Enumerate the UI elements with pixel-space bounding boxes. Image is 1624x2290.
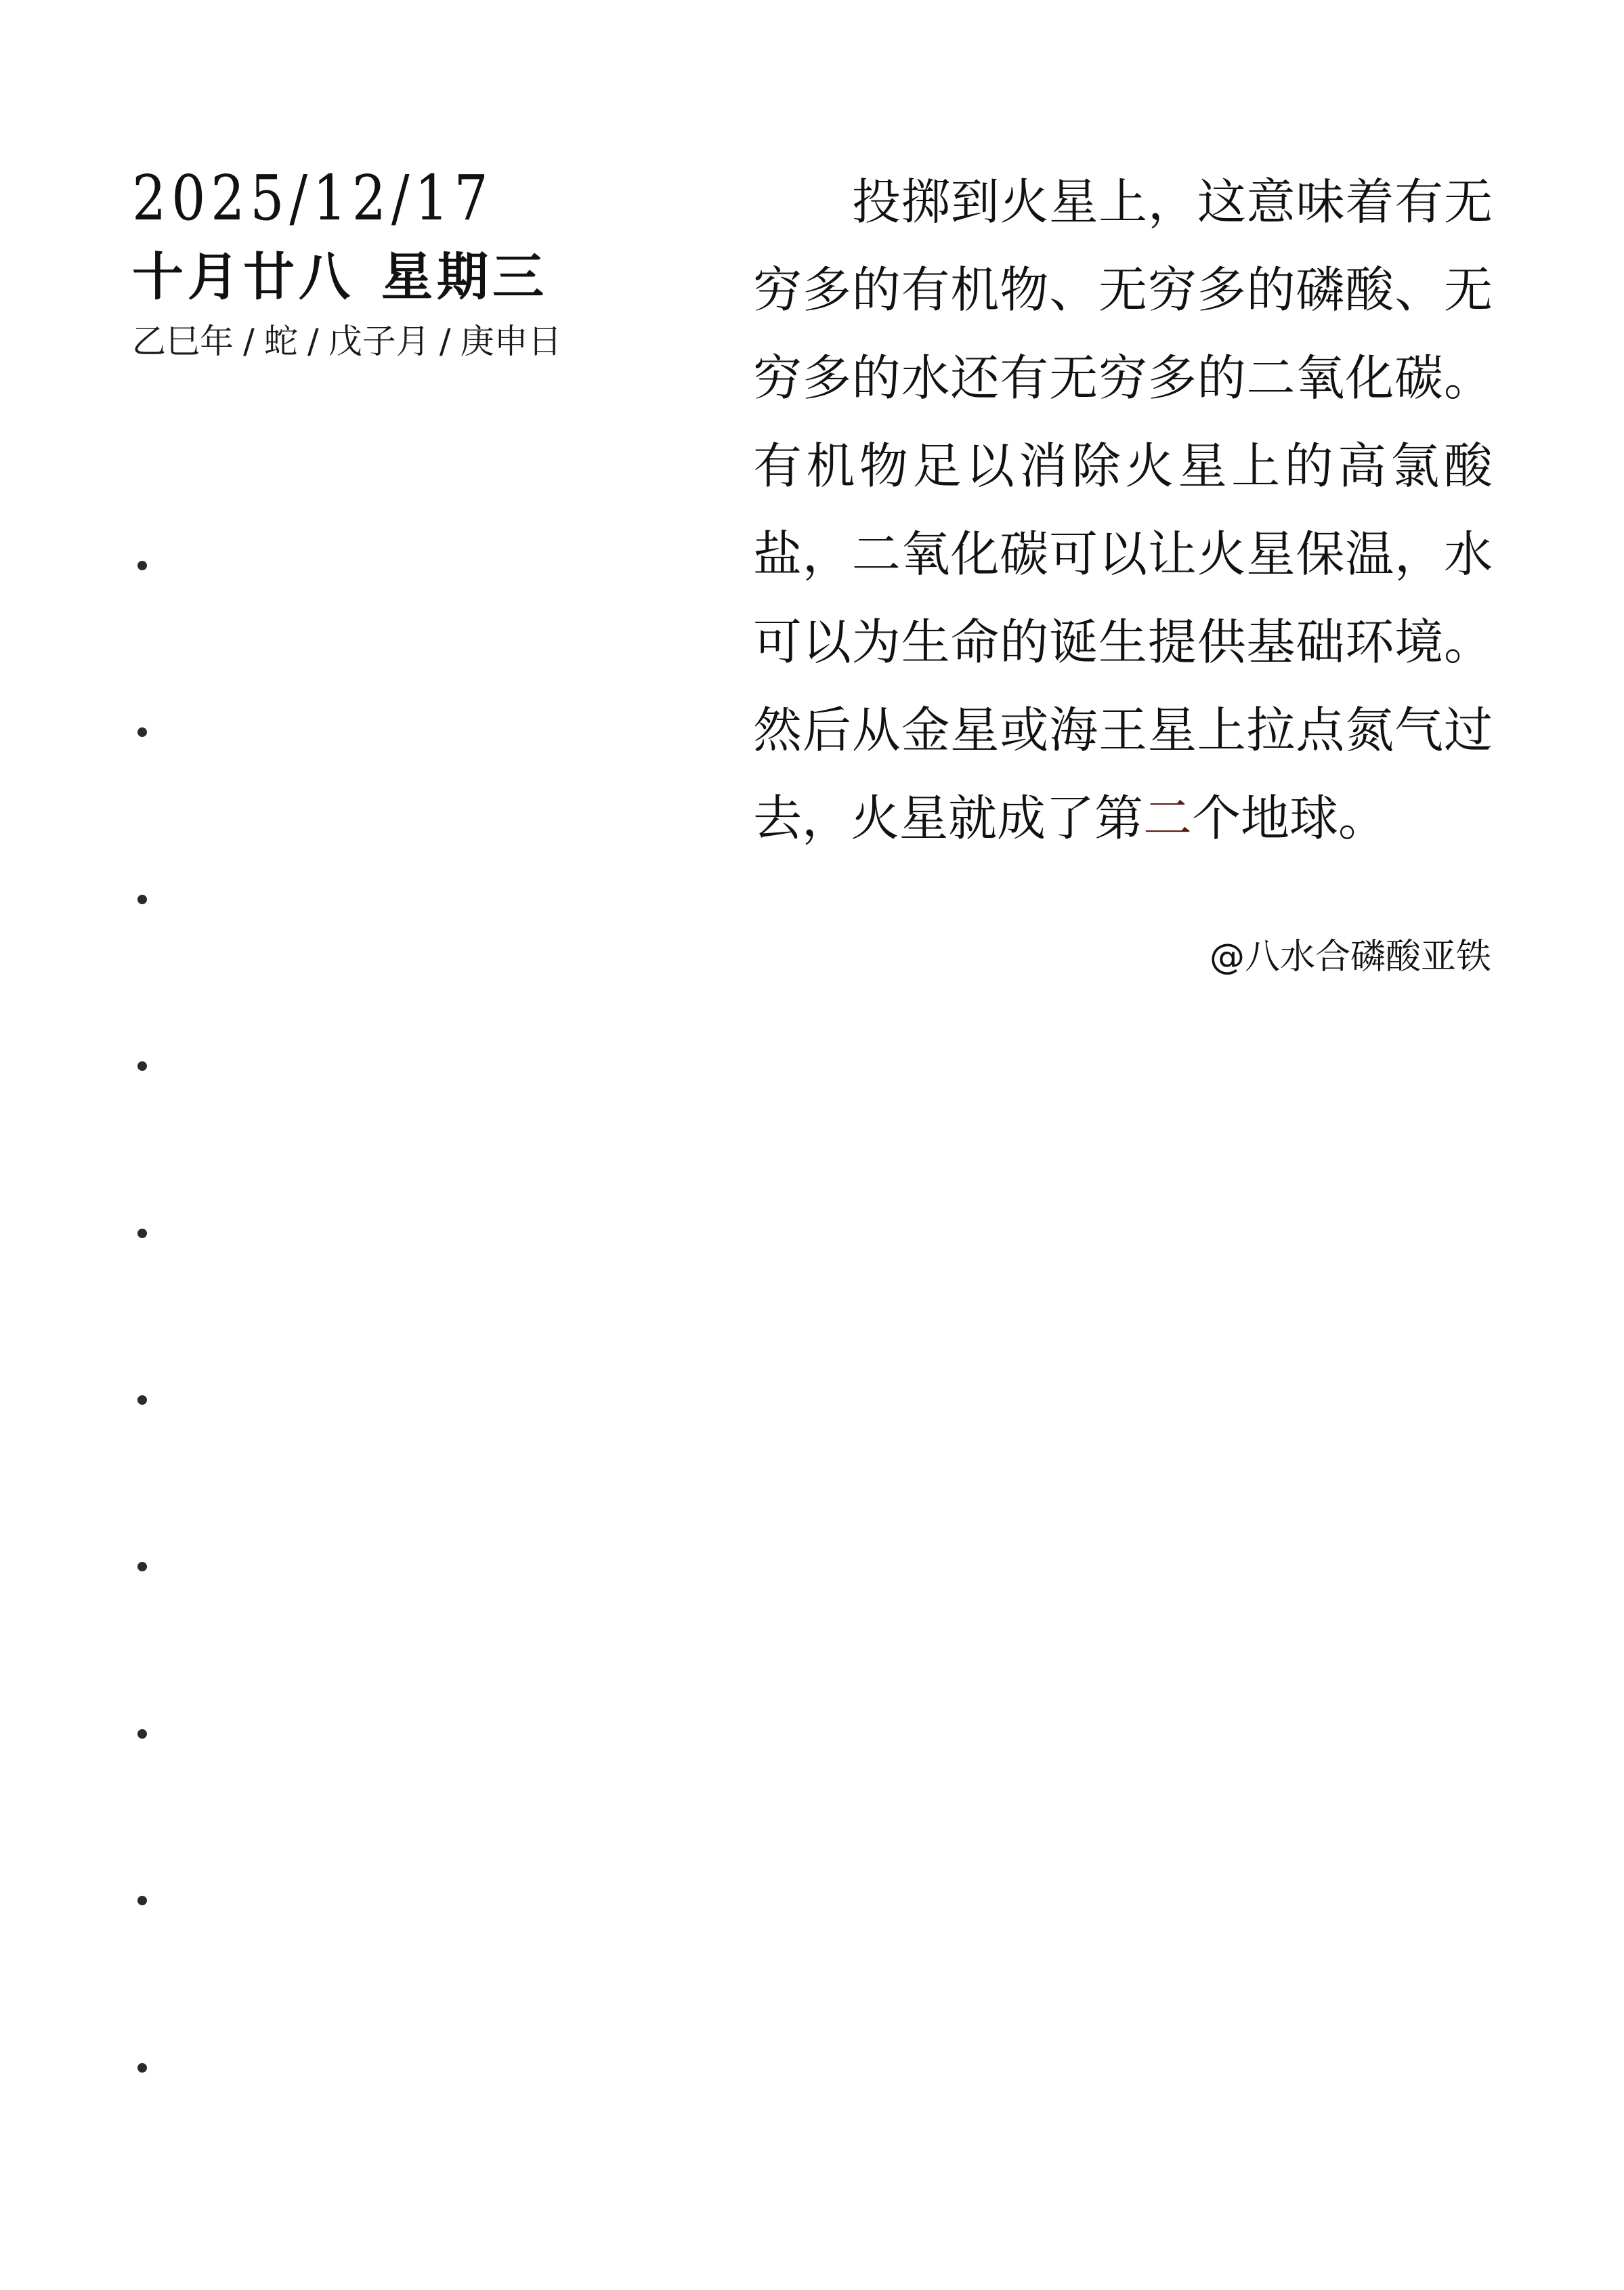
ganzhi-year: 乙巳年 xyxy=(132,322,234,361)
bullet-dot xyxy=(137,1562,147,1571)
ganzhi-line: 乙巳年/蛇/戊子月/庚申日 xyxy=(132,316,562,367)
bullet-dot xyxy=(137,2063,147,2073)
separator: / xyxy=(440,316,451,367)
ganzhi-month: 戊子月 xyxy=(328,322,430,361)
body-text-accent: 二 xyxy=(1143,790,1192,847)
body-text-main: 投掷到火星上，这意味着有无穷多的有机物、无穷多的磷酸、无穷多的水还有无穷多的二氧… xyxy=(753,173,1493,847)
bullet-dot xyxy=(137,1896,147,1905)
bullet-dot xyxy=(137,1729,147,1739)
date-header: 2025/12/17 十月廿八星期三 乙巳年/蛇/戊子月/庚申日 xyxy=(132,161,562,367)
bullet-dot xyxy=(137,1229,147,1238)
body-paragraph: 投掷到火星上，这意味着有无穷多的有机物、无穷多的磷酸、无穷多的水还有无穷多的二氧… xyxy=(753,158,1493,862)
bullet-dot xyxy=(137,1395,147,1405)
weekday: 星期三 xyxy=(381,247,548,307)
gregorian-date: 2025/12/17 xyxy=(132,161,502,236)
lunar-weekday-line: 十月廿八星期三 xyxy=(132,240,562,314)
bullet-dot xyxy=(137,561,147,570)
author-signature: @八水合磷酸亚铁 xyxy=(1210,933,1491,981)
lunar-date: 十月廿八 xyxy=(132,247,354,307)
bullet-dot xyxy=(137,1061,147,1071)
separator: / xyxy=(243,316,255,367)
zodiac: 蛇 xyxy=(264,322,298,361)
separator: / xyxy=(307,316,319,367)
bullet-dot xyxy=(137,895,147,904)
ganzhi-day: 庚申日 xyxy=(461,322,562,361)
body-text-end: 个地球。 xyxy=(1192,790,1387,847)
bullet-dot xyxy=(137,727,147,737)
